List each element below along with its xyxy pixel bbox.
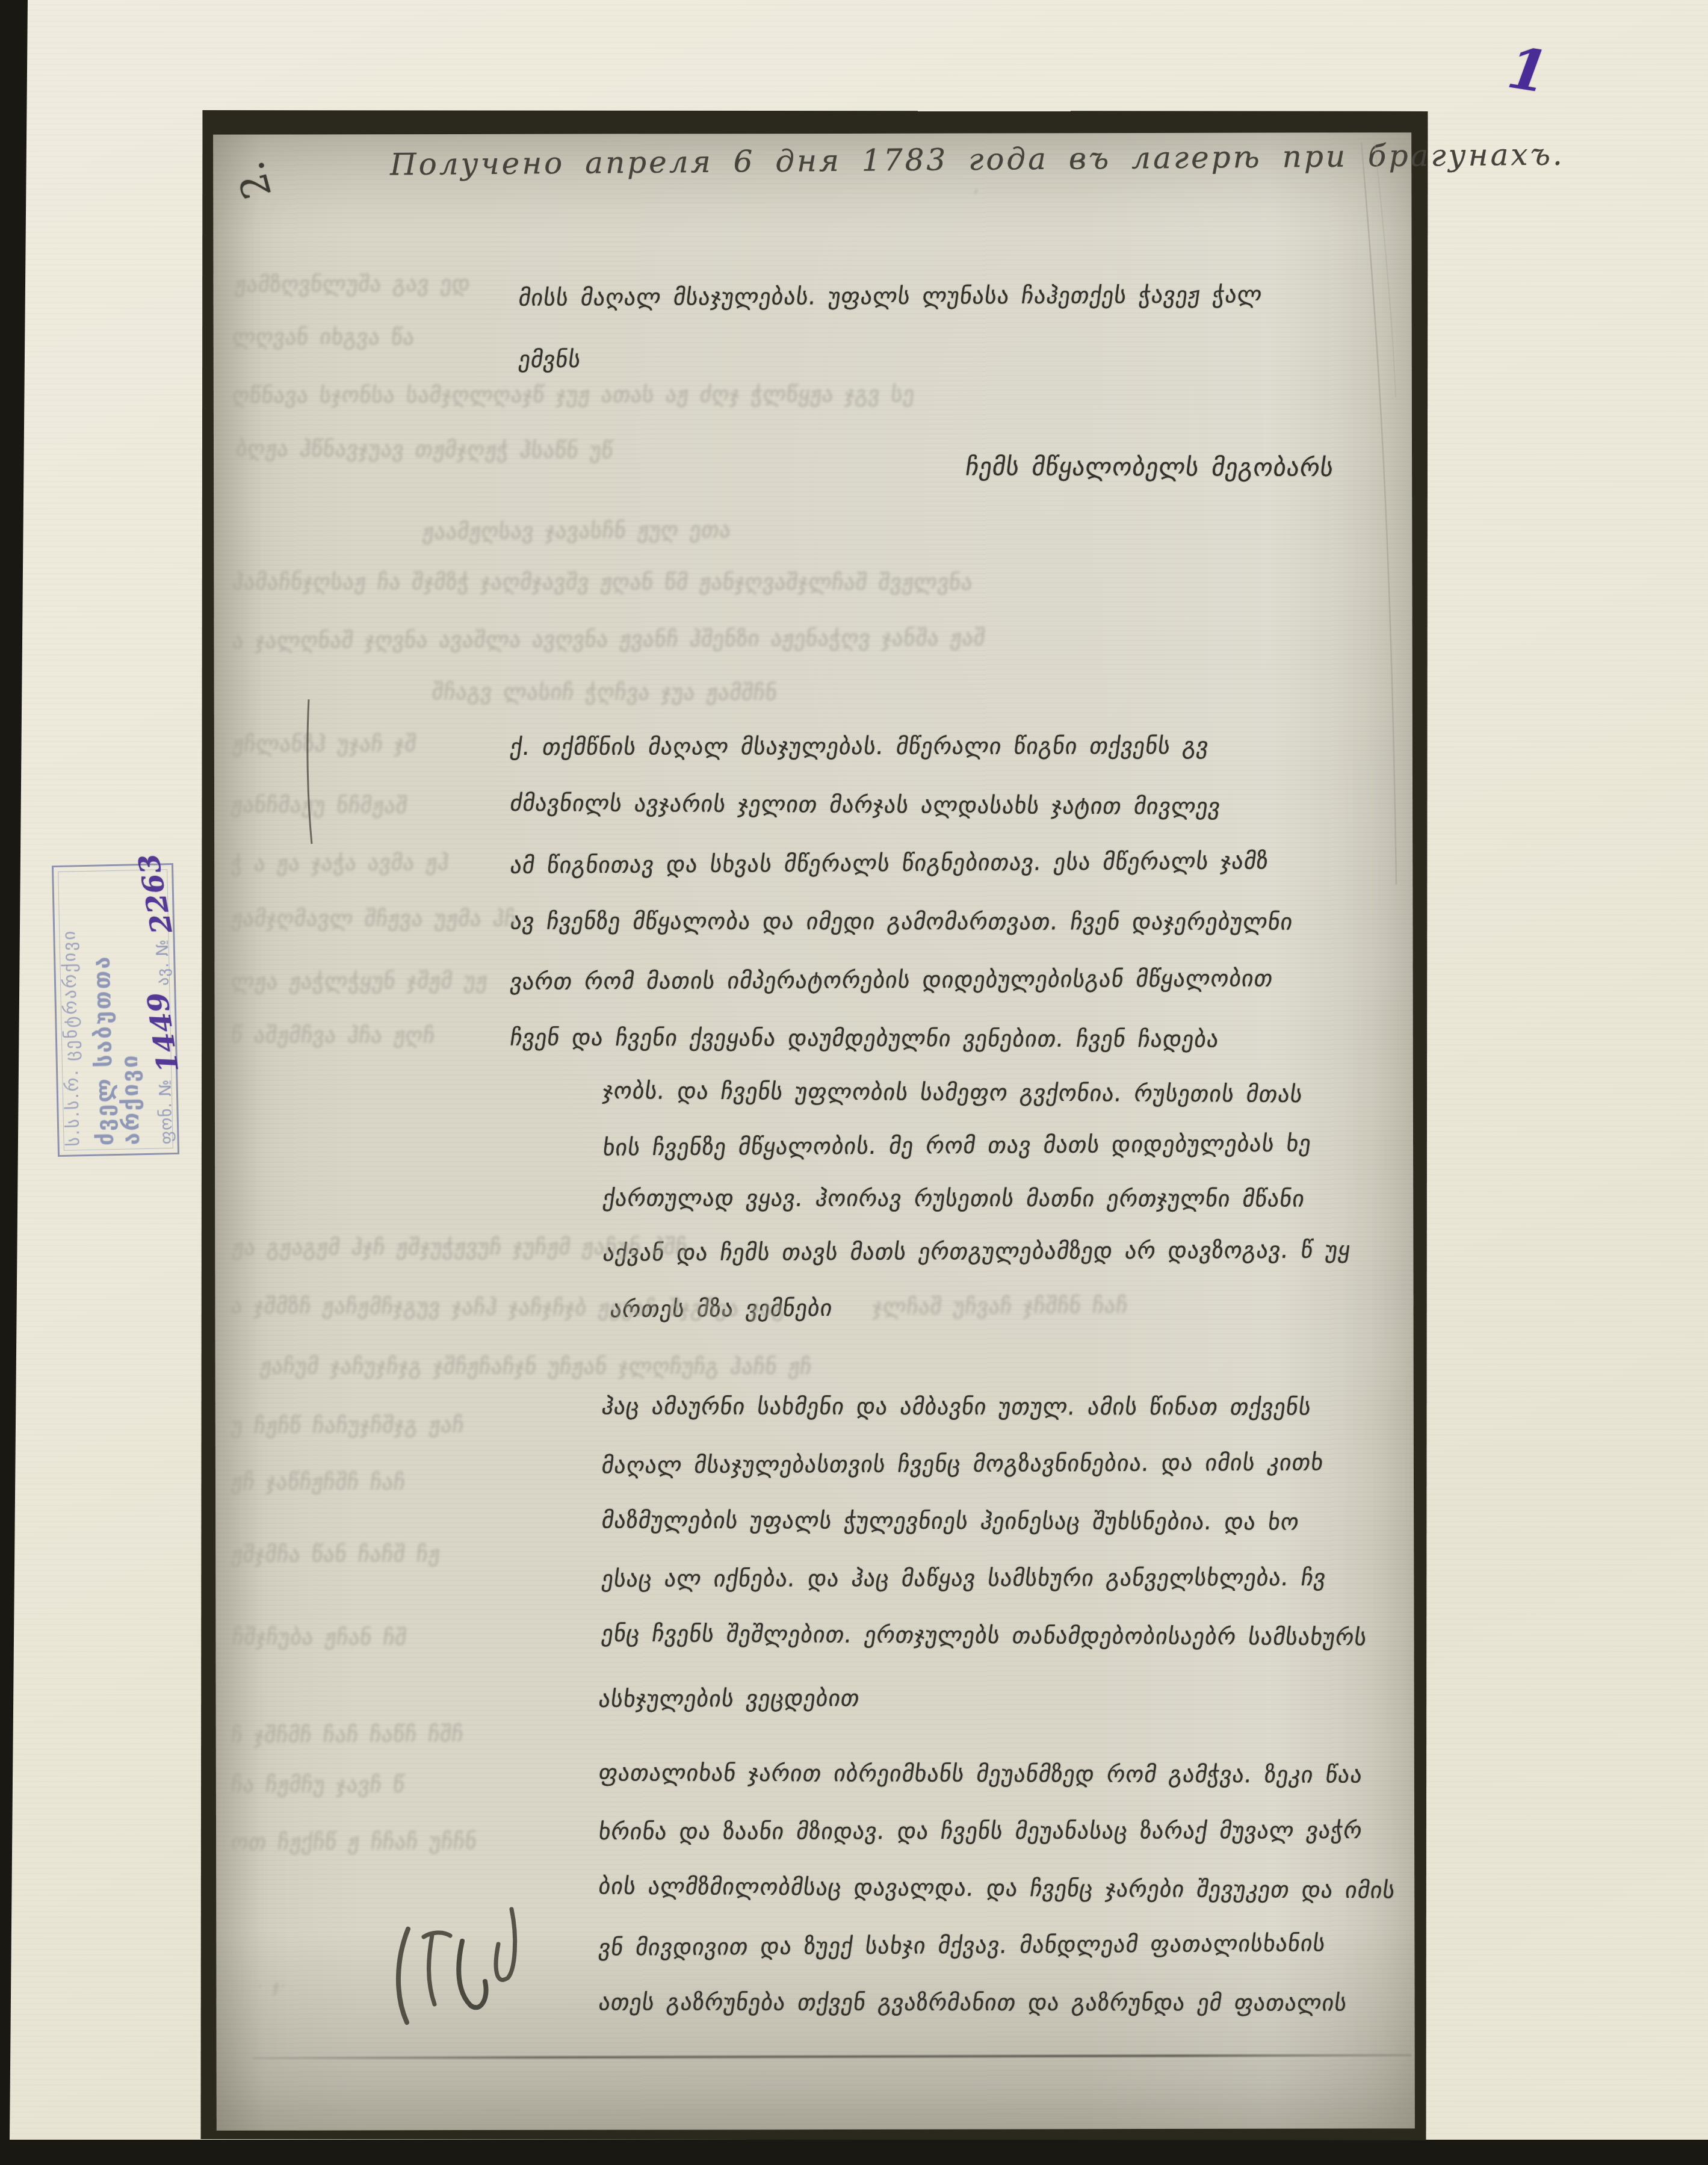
item-number-label: ავ. № (153, 939, 173, 986)
archive-stamp: ს.ს.ს.რ. ცენტრარქივი ძველ საბუთთა არქივი… (51, 862, 180, 1158)
item-number-value: 2263 (138, 851, 175, 935)
manuscript-page (213, 132, 1415, 2130)
stamp-numbers-line: ფონ. № 1449 ავ. № 2263 (148, 873, 176, 1145)
archive-stamp-box: ს.ს.ს.რ. ცენტრარქივი ძველ საბუთთა არქივი… (52, 863, 179, 1157)
stamp-org-line: ს.ს.ს.რ. ცენტრარქივი (57, 875, 83, 1147)
fond-number-value: 1449 (147, 990, 181, 1074)
stamp-archive-line: ძველ საბუთთა არქივი (87, 874, 144, 1146)
scan-bed: მისს მაღალ მსაჯულებას. უფალს ლუნასა ჩაჰე… (0, 0, 1708, 2165)
fond-number-label: ფონ. № (156, 1079, 176, 1144)
